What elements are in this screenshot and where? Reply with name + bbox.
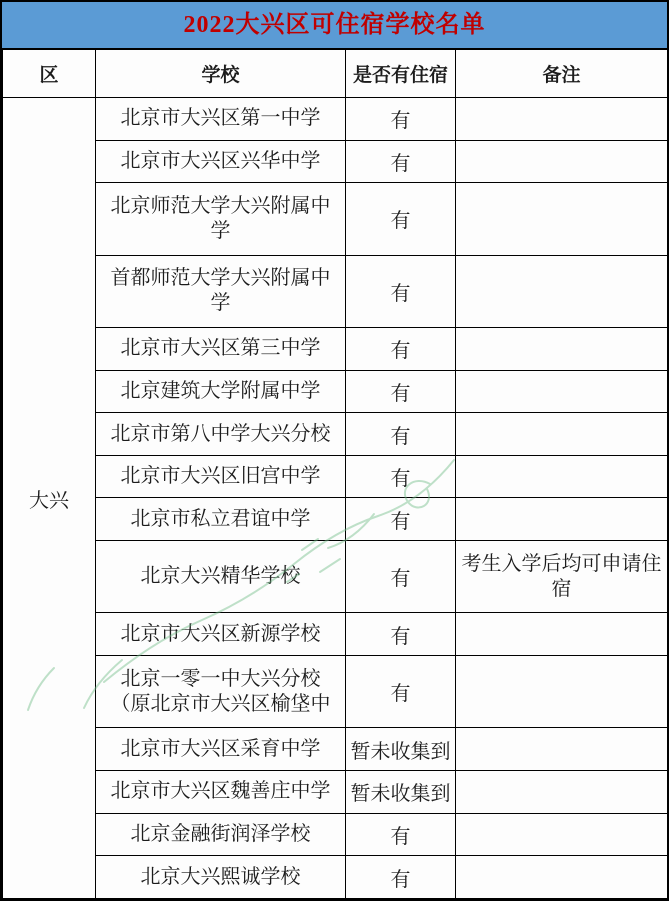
boarding-status-cell: 有: [346, 498, 456, 541]
table-row: 北京市第八中学大兴分校 有: [3, 413, 668, 456]
table-row: 北京市大兴区旧宫中学 有: [3, 455, 668, 498]
note-cell: [456, 856, 668, 899]
table-row: 北京市大兴区第三中学 有: [3, 328, 668, 371]
school-cell: 北京大兴熙诚学校: [96, 856, 346, 899]
note-cell: [456, 255, 668, 327]
school-cell: 北京市大兴区第一中学: [96, 98, 346, 141]
boarding-status-cell: 有: [346, 613, 456, 656]
note-cell: [456, 328, 668, 371]
district-cell: 大兴: [3, 98, 96, 899]
school-cell: 北京市第八中学大兴分校: [96, 413, 346, 456]
school-cell: 北京市大兴区魏善庄中学: [96, 771, 346, 814]
note-cell: [456, 813, 668, 856]
table-row: 北京市大兴区新源学校 有: [3, 613, 668, 656]
boarding-status-cell: 有: [346, 183, 456, 255]
boarding-status-cell: 有: [346, 455, 456, 498]
header-row: 区 学校 是否有住宿 备注: [3, 50, 668, 98]
table-row: 大兴 北京市大兴区第一中学 有: [3, 98, 668, 141]
boarding-status-cell: 有: [346, 255, 456, 327]
note-cell: [456, 140, 668, 183]
table-body: 大兴 北京市大兴区第一中学 有 北京市大兴区兴华中学 有 北京师范大学大兴附属中…: [3, 98, 668, 899]
table-row: 北京大兴熙诚学校 有: [3, 856, 668, 899]
note-cell: [456, 498, 668, 541]
boarding-status-cell: 有: [346, 328, 456, 371]
school-cell: 北京市大兴区采育中学: [96, 728, 346, 771]
boarding-status-cell: 有: [346, 140, 456, 183]
table-row: 北京建筑大学附属中学 有: [3, 370, 668, 413]
table-title-banner: 2022大兴区可住宿学校名单: [2, 2, 667, 49]
school-cell: 北京市私立君谊中学: [96, 498, 346, 541]
column-header-boarding: 是否有住宿: [346, 50, 456, 98]
table-row: 北京市私立君谊中学 有: [3, 498, 668, 541]
boarding-status-cell: 有: [346, 541, 456, 613]
note-cell: 考生入学后均可申请住宿: [456, 541, 668, 613]
note-cell: [456, 98, 668, 141]
boarding-status-cell: 暂未收集到: [346, 771, 456, 814]
column-header-district: 区: [3, 50, 96, 98]
boarding-status-cell: 暂未收集到: [346, 728, 456, 771]
boarding-status-cell: 有: [346, 413, 456, 456]
school-cell: 北京市大兴区兴华中学: [96, 140, 346, 183]
note-cell: [456, 455, 668, 498]
note-cell: [456, 413, 668, 456]
boarding-status-cell: 有: [346, 656, 456, 728]
table-row: 北京市大兴区采育中学 暂未收集到: [3, 728, 668, 771]
table-row: 北京大兴精华学校 有 考生入学后均可申请住宿: [3, 541, 668, 613]
table-title: 2022大兴区可住宿学校名单: [184, 13, 486, 37]
document-table: 2022大兴区可住宿学校名单 区 学校 是否有住宿 备注 大兴 北京市大兴区第一…: [0, 0, 669, 901]
boarding-status-cell: 有: [346, 370, 456, 413]
note-cell: [456, 183, 668, 255]
school-cell: 北京建筑大学附属中学: [96, 370, 346, 413]
school-cell: 北京市大兴区旧宫中学: [96, 455, 346, 498]
table-row: 首都师范大学大兴附属中学 有: [3, 255, 668, 327]
note-cell: [456, 370, 668, 413]
school-cell: 北京市大兴区第三中学: [96, 328, 346, 371]
table-row: 北京一零一中大兴分校（原北京市大兴区榆垡中 有: [3, 656, 668, 728]
table-row: 北京金融街润泽学校 有: [3, 813, 668, 856]
school-cell: 北京市大兴区新源学校: [96, 613, 346, 656]
note-cell: [456, 613, 668, 656]
school-cell: 北京金融街润泽学校: [96, 813, 346, 856]
school-cell: 北京一零一中大兴分校（原北京市大兴区榆垡中: [96, 656, 346, 728]
column-header-school: 学校: [96, 50, 346, 98]
boarding-status-cell: 有: [346, 813, 456, 856]
boarding-status-cell: 有: [346, 856, 456, 899]
school-cell: 北京师范大学大兴附属中学: [96, 183, 346, 255]
note-cell: [456, 771, 668, 814]
note-cell: [456, 656, 668, 728]
school-cell: 首都师范大学大兴附属中学: [96, 255, 346, 327]
table-row: 北京师范大学大兴附属中学 有: [3, 183, 668, 255]
school-cell: 北京大兴精华学校: [96, 541, 346, 613]
column-header-note: 备注: [456, 50, 668, 98]
school-table: 区 学校 是否有住宿 备注 大兴 北京市大兴区第一中学 有 北京市大兴区兴华中学…: [2, 49, 668, 899]
boarding-status-cell: 有: [346, 98, 456, 141]
table-row: 北京市大兴区兴华中学 有: [3, 140, 668, 183]
table-row: 北京市大兴区魏善庄中学 暂未收集到: [3, 771, 668, 814]
note-cell: [456, 728, 668, 771]
